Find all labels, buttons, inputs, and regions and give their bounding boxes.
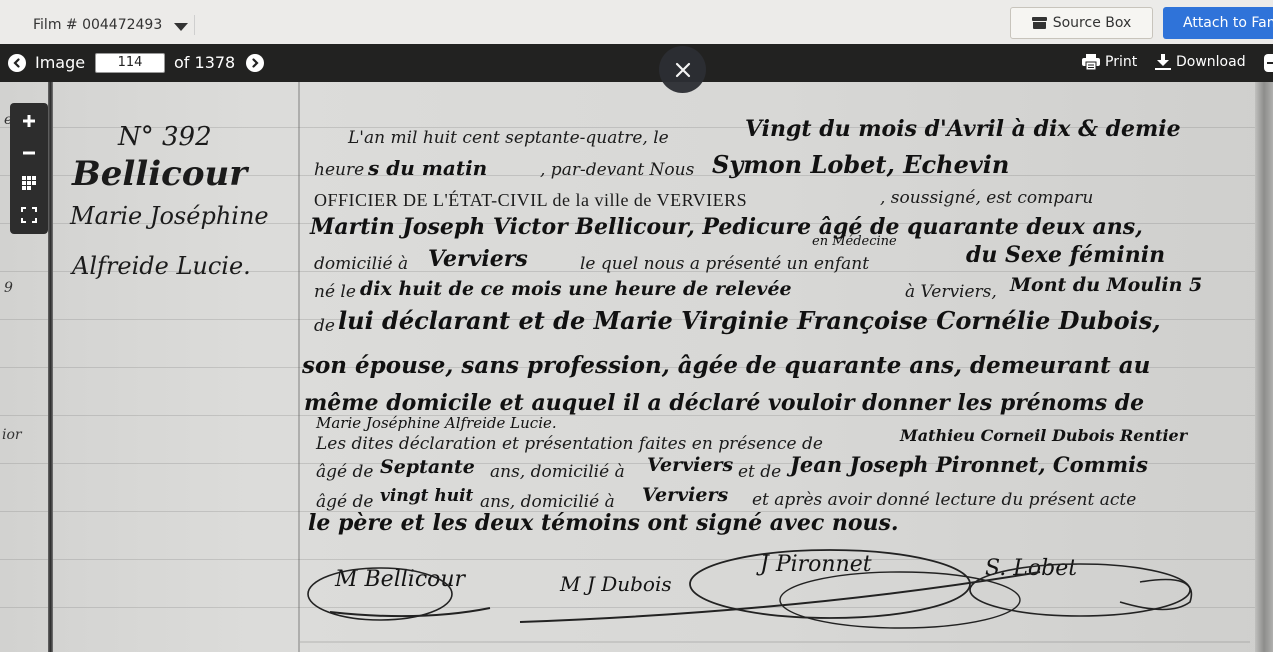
record-text: L'an mil huit cent septante-quatre, le xyxy=(348,128,669,148)
source-box-button[interactable]: Source Box xyxy=(1010,7,1153,39)
record-handwriting: même domicile et auquel il a déclaré vou… xyxy=(304,390,1144,416)
record-handwriting: Mathieu Corneil Dubois Rentier xyxy=(900,426,1187,445)
record-handwriting: Symon Lobet, Echevin xyxy=(712,150,1009,179)
close-icon xyxy=(675,62,691,78)
left-page-fragment: ior xyxy=(2,427,22,443)
record-handwriting: Marie Joséphine Alfreide Lucie. xyxy=(316,414,557,432)
image-number-input[interactable]: 114 xyxy=(95,53,165,73)
archive-box-icon xyxy=(1032,17,1047,29)
record-handwriting: lui déclarant et de Marie Virginie Franç… xyxy=(338,306,1161,335)
record-handwriting: s du matin xyxy=(368,156,487,180)
record-text: et après avoir donné lecture du présent … xyxy=(752,490,1136,510)
close-viewer-button[interactable] xyxy=(659,46,706,93)
margin-border-line xyxy=(48,82,53,652)
chevron-right-icon xyxy=(250,58,260,68)
signature-flourishes xyxy=(300,542,1260,652)
record-handwriting: Martin Joseph Victor Bellicour, Pedicure… xyxy=(310,214,1143,240)
margin-given-names: Alfreide Lucie. xyxy=(72,252,251,280)
margin-given-names: Marie Joséphine xyxy=(70,202,269,230)
download-label: Download xyxy=(1176,54,1246,70)
left-page-fragment: 9 xyxy=(4,280,13,296)
printer-icon xyxy=(1082,54,1100,70)
entry-number: N° 392 xyxy=(118,122,212,152)
attach-to-family-tree-button[interactable]: Attach to Family Tree xyxy=(1163,7,1273,39)
record-text: et de xyxy=(738,462,781,482)
chevron-left-icon xyxy=(12,58,22,68)
record-text: né le xyxy=(314,282,356,302)
film-number: Film # 004472493 xyxy=(33,17,162,33)
image-label: Image xyxy=(35,53,85,72)
record-text: Les dites déclaration et présentation fa… xyxy=(316,434,823,454)
record-handwriting: Septante xyxy=(380,456,475,478)
record-text: de xyxy=(314,316,335,336)
record-handwriting: Mont du Moulin 5 xyxy=(1010,274,1202,296)
record-handwriting: Verviers xyxy=(428,246,528,272)
record-handwriting: Vingt du mois d'Avril à dix & demie xyxy=(745,116,1181,142)
divider xyxy=(194,15,195,35)
record-handwriting: son épouse, sans profession, âgée de qua… xyxy=(302,352,1150,379)
record-handwriting: Verviers xyxy=(642,484,728,506)
source-box-label: Source Box xyxy=(1053,15,1132,31)
grid-icon xyxy=(21,175,37,191)
zoom-controls xyxy=(10,103,48,234)
download-button[interactable]: Download xyxy=(1155,54,1246,70)
zoom-out-button[interactable] xyxy=(10,137,48,169)
record-handwriting: Jean Joseph Pironnet, Commis xyxy=(790,452,1148,477)
fullscreen-button[interactable] xyxy=(10,199,48,231)
minus-icon xyxy=(21,145,37,161)
image-viewer-toolbar: Image 114 of 1378 Print Download xyxy=(0,44,1273,82)
record-text: âgé de xyxy=(316,492,373,512)
print-button[interactable]: Print xyxy=(1082,54,1137,70)
plus-icon xyxy=(21,113,37,129)
next-image-button[interactable] xyxy=(246,54,264,72)
record-text: , soussigné, est comparu xyxy=(880,188,1093,208)
record-text: heure xyxy=(314,160,364,180)
zoom-in-button[interactable] xyxy=(10,105,48,137)
grid-view-button[interactable] xyxy=(10,167,48,199)
record-text: le quel nous a présenté un enfant xyxy=(580,254,869,274)
download-icon xyxy=(1155,54,1171,70)
top-header: Film # 004472493 Source Box Attach to Fa… xyxy=(0,0,1273,44)
record-printed-text: OFFICIER DE L'ÉTAT-CIVIL de la ville de … xyxy=(314,190,747,211)
record-text: , par-devant Nous xyxy=(540,160,694,180)
record-text: ans, domicilié à xyxy=(490,462,625,482)
record-text: ans, domicilié à xyxy=(480,492,615,512)
record-handwriting: du Sexe féminin xyxy=(966,242,1165,268)
print-label: Print xyxy=(1105,54,1137,70)
record-text: à Verviers, xyxy=(905,282,997,302)
fullscreen-icon xyxy=(21,207,37,223)
record-handwriting: dix huit de ce mois une heure de relevée xyxy=(360,278,792,300)
record-handwriting: Verviers xyxy=(647,454,733,476)
film-selector[interactable]: Film # 004472493 xyxy=(33,15,195,35)
previous-image-button[interactable] xyxy=(8,54,26,72)
record-image-canvas[interactable]: e 9 ior N° 392 Bellicour Marie Joséphine… xyxy=(0,82,1273,652)
record-handwriting: vingt huit xyxy=(380,486,473,506)
margin-surname: Bellicour xyxy=(72,154,247,194)
record-superscript: en Médecine xyxy=(812,234,897,249)
caret-down-icon[interactable] xyxy=(174,23,188,31)
attach-label: Attach to Family Tree xyxy=(1183,15,1273,31)
record-text: domicilié à xyxy=(314,254,408,274)
more-tools-icon[interactable] xyxy=(1264,54,1273,72)
record-handwriting: le père et les deux témoins ont signé av… xyxy=(308,510,899,536)
image-total: of 1378 xyxy=(174,53,235,72)
record-text: âgé de xyxy=(316,462,373,482)
